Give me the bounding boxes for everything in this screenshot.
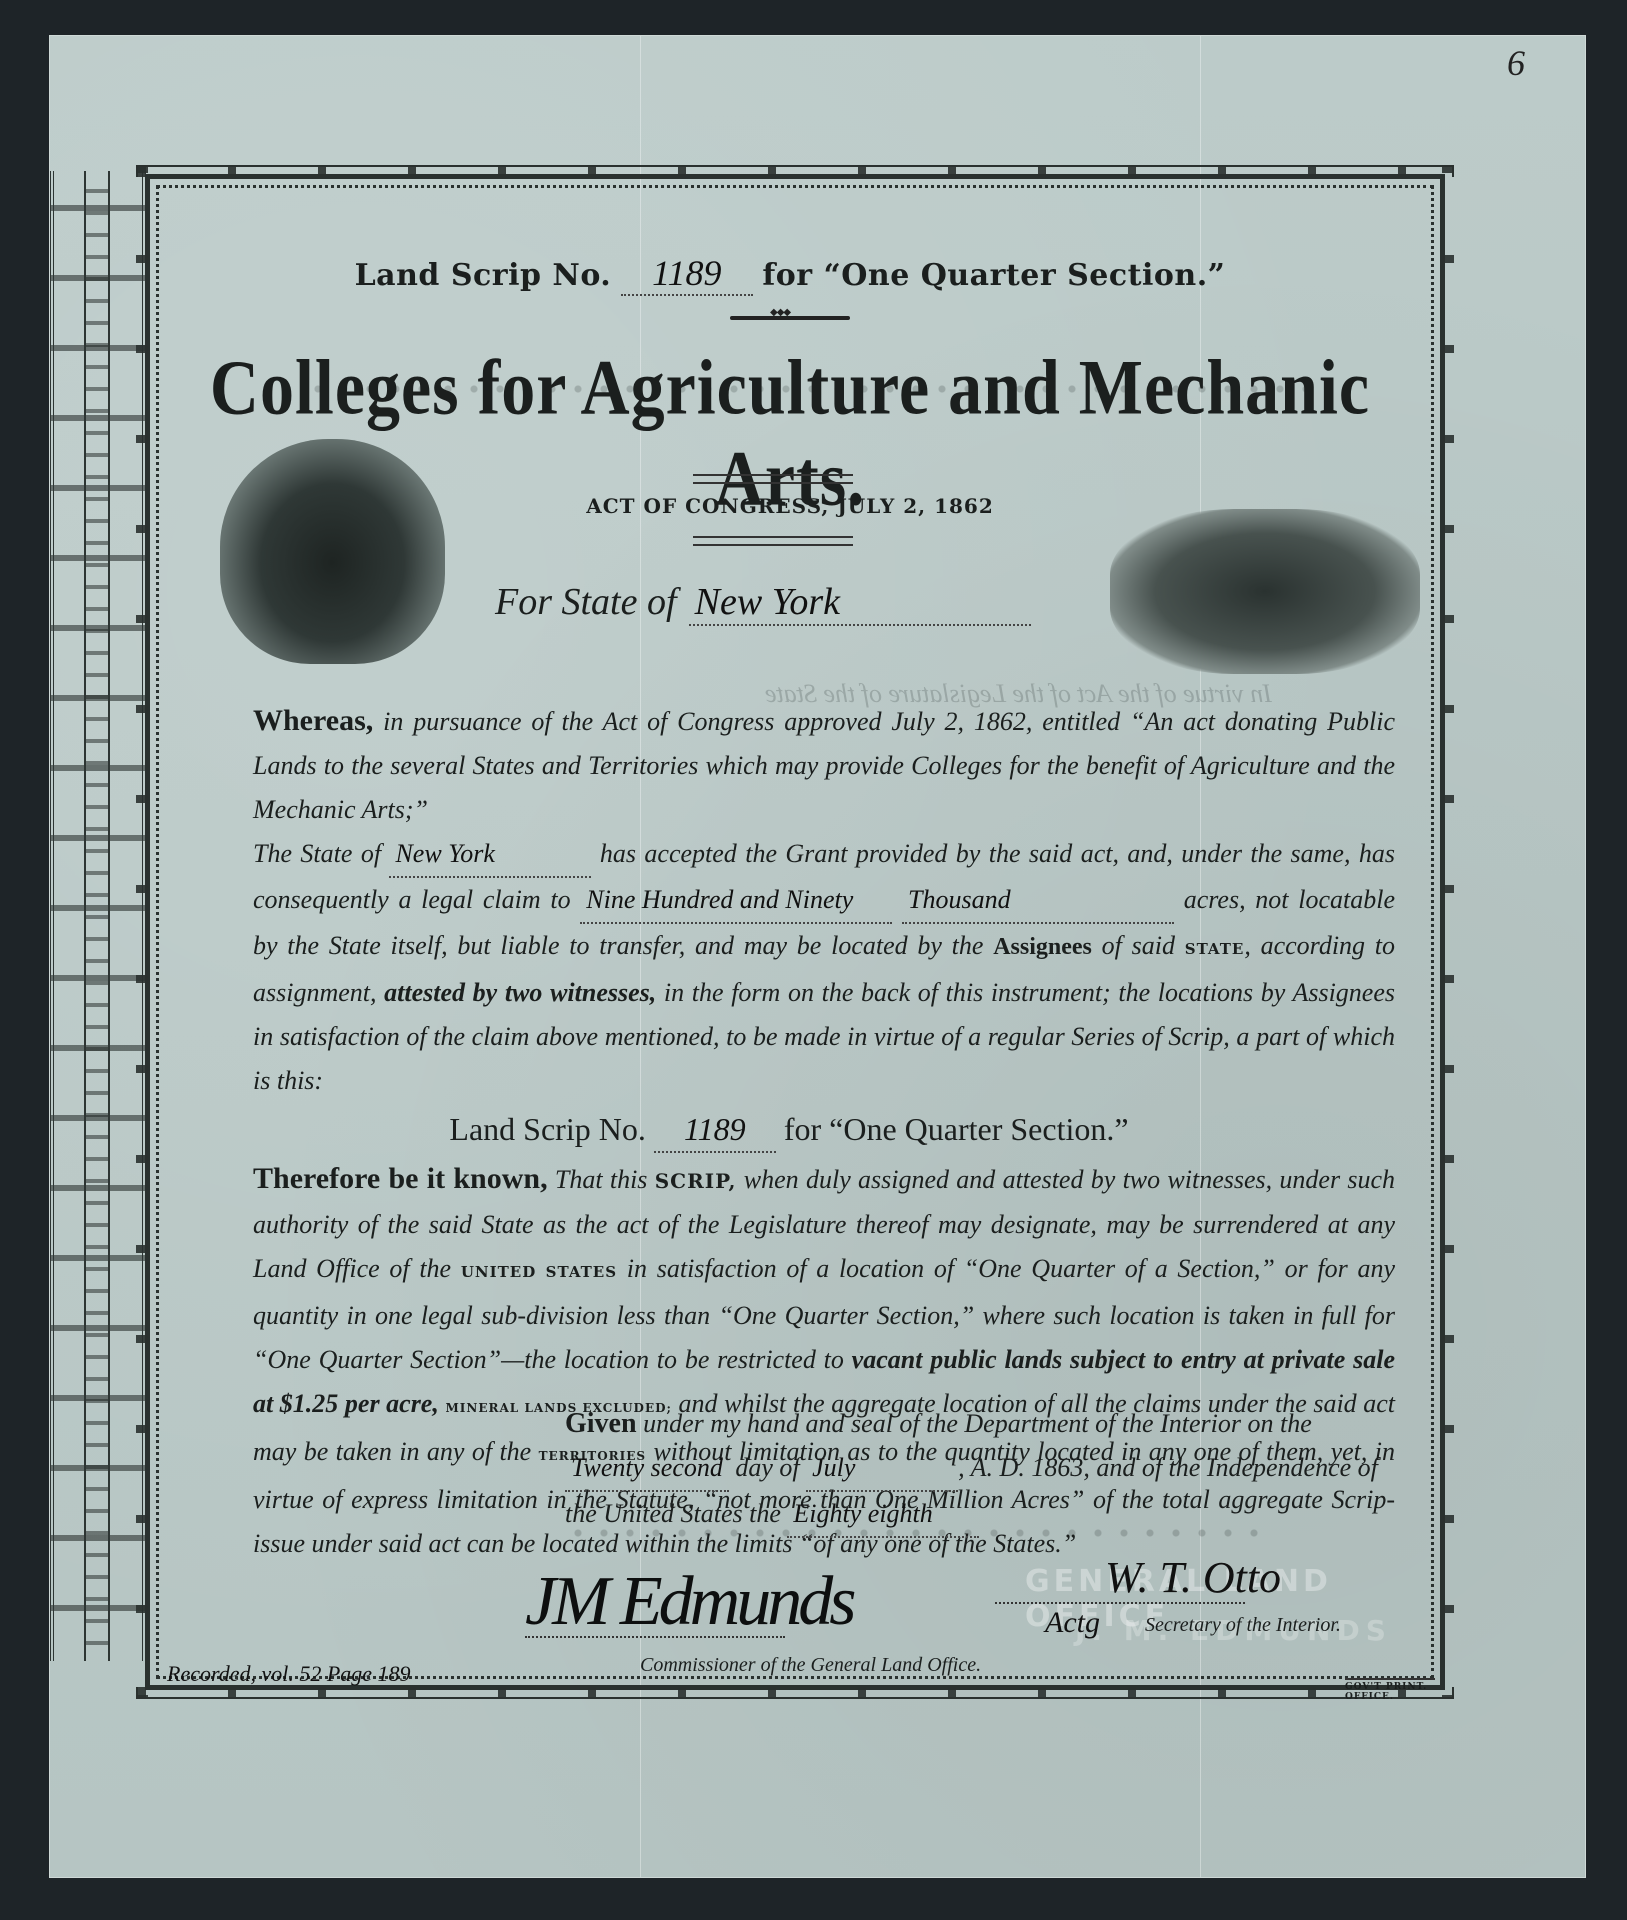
left-ornamental-border-strip	[50, 171, 146, 1661]
document-body: In virtue of the Act of the Legislature …	[145, 174, 1435, 1680]
page-number: 6	[1507, 42, 1525, 84]
scrip-suffix: for “One Quarter Section.”	[762, 258, 1225, 293]
acres-field-1: Nine Hundred and Ninety	[580, 878, 892, 924]
signature-line	[525, 1636, 785, 1638]
given-lead: Given	[565, 1408, 637, 1439]
scrip-header: Land Scrip No. 1189 for “One Quarter Sec…	[145, 252, 1435, 296]
double-rule	[693, 474, 853, 484]
state-name-field: New York	[389, 832, 591, 878]
mechanic-arts-vignette-image: mechanic-arts-vignette (study with globe…	[1110, 509, 1420, 674]
whereas-lead: Whereas,	[253, 704, 373, 737]
independence-year-field: Eighty eighth	[787, 1492, 979, 1538]
whereas-paragraph: Whereas, in pursuance of the Act of Cong…	[183, 699, 1395, 832]
acting-annotation: Actg	[1045, 1606, 1100, 1640]
acres-field-2: Thousand	[902, 878, 1174, 924]
agriculture-vignette-image: agriculture-vignette (sheaves of grain, …	[220, 439, 445, 664]
double-rule	[693, 536, 853, 546]
for-state-label: For State of	[495, 581, 677, 623]
printer-mark: GOV'T PRINT. OFFICE.	[1345, 1678, 1435, 1702]
secretary-title: Secretary of the Interior.	[1145, 1614, 1341, 1637]
day-field: Twenty second	[565, 1446, 729, 1492]
state-claim-paragraph: The State of New York has accepted the G…	[183, 832, 1395, 1103]
scrip-prefix: Land Scrip No.	[355, 258, 612, 293]
recorded-note: Recorded, vol. 52 Page 189	[167, 1661, 411, 1687]
month-field: July	[806, 1446, 958, 1492]
secretary-signature: W. T. Otto	[1105, 1552, 1281, 1603]
therefore-lead: Therefore be it known,	[253, 1162, 548, 1195]
commissioner-title: Commissioner of the General Land Office.	[640, 1654, 981, 1677]
for-state-line: For State of New York	[495, 579, 1031, 626]
scrip-number-field: 1189	[621, 252, 753, 296]
scrip-number-line: Land Scrip No. 1189 for “One Quarter Sec…	[183, 1107, 1395, 1153]
ornamental-divider	[730, 316, 850, 320]
scrip-number-field-2: 1189	[654, 1107, 776, 1153]
land-scrip-document: 6 In virtue of the Act of the Legislatur…	[50, 36, 1585, 1877]
given-paragraph: Given under my hand and seal of the Depa…	[565, 1402, 1395, 1538]
state-field: New York	[689, 580, 1031, 626]
commissioner-signature: JM Edmunds	[525, 1562, 852, 1642]
